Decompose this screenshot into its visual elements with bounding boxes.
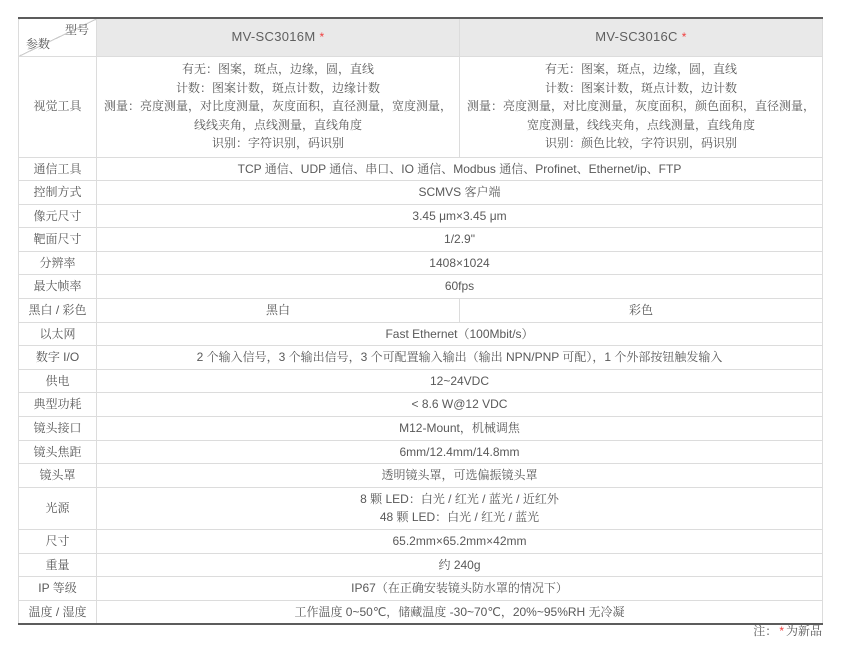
footnote: 注：*为新品 (18, 622, 822, 639)
row-value: 透明镜头罩，可选偏振镜头罩 (97, 464, 823, 488)
corner-cell: 型号 参数 (19, 18, 97, 56)
spec-row-power: 供电 12~24VDC (19, 369, 823, 393)
spec-page: 型号 参数 MV-SC3016M* MV-SC3016C* 视觉工具 有无：图案… (0, 0, 841, 654)
footnote-prefix: 注： (753, 624, 777, 638)
row-label: 分辨率 (19, 251, 97, 275)
row-value: 12~24VDC (97, 369, 823, 393)
row-label: 温度 / 湿度 (19, 600, 97, 624)
row-label: 最大帧率 (19, 275, 97, 299)
spec-row-focal: 镜头焦距 6mm/12.4mm/14.8mm (19, 440, 823, 464)
row-value: 1/2.9" (97, 228, 823, 252)
spec-row-weight: 重量 约 240g (19, 553, 823, 577)
row-value: TCP 通信、UDP 通信、串口、IO 通信、Modbus 通信、Profine… (97, 157, 823, 181)
spec-row-pixel: 像元尺寸 3.45 μm×3.45 μm (19, 204, 823, 228)
row-label: 像元尺寸 (19, 204, 97, 228)
new-product-marker: * (682, 30, 687, 44)
header-model-c: MV-SC3016C* (460, 18, 823, 56)
spec-row-sensor: 靶面尺寸 1/2.9" (19, 228, 823, 252)
corner-label-param: 参数 (26, 35, 50, 54)
new-product-marker: * (319, 30, 324, 44)
row-label: 通信工具 (19, 157, 97, 181)
spec-row-mount: 镜头接口 M12-Mount，机械调焦 (19, 417, 823, 441)
row-value: 1408×1024 (97, 251, 823, 275)
row-label: 镜头接口 (19, 417, 97, 441)
row-value: 工作温度 0~50℃，储藏温度 -30~70℃，20%~95%RH 无冷凝 (97, 600, 823, 624)
spec-row-comm: 通信工具 TCP 通信、UDP 通信、串口、IO 通信、Modbus 通信、Pr… (19, 157, 823, 181)
row-value: 3.45 μm×3.45 μm (97, 204, 823, 228)
row-value: 8 颗 LED：白光 / 红光 / 蓝光 / 近红外 48 颗 LED：白光 /… (97, 487, 823, 529)
spec-row-ethernet: 以太网 Fast Ethernet（100Mbit/s） (19, 322, 823, 346)
spec-row-temp: 温度 / 湿度 工作温度 0~50℃，储藏温度 -30~70℃，20%~95%R… (19, 600, 823, 624)
spec-table: 型号 参数 MV-SC3016M* MV-SC3016C* 视觉工具 有无：图案… (18, 17, 823, 625)
row-label: IP 等级 (19, 577, 97, 601)
spec-row-cover: 镜头罩 透明镜头罩，可选偏振镜头罩 (19, 464, 823, 488)
model-m-name: MV-SC3016M (232, 29, 316, 44)
row-value-c: 有无：图案，斑点，边缘，圆，直线 计数：图案计数，斑点计数，边计数 测量：亮度测… (460, 56, 823, 157)
spec-row-vision: 视觉工具 有无：图案，斑点，边缘，圆，直线 计数：图案计数，斑点计数，边缘计数 … (19, 56, 823, 157)
row-label: 典型功耗 (19, 393, 97, 417)
row-value: Fast Ethernet（100Mbit/s） (97, 322, 823, 346)
spec-row-light: 光源 8 颗 LED：白光 / 红光 / 蓝光 / 近红外 48 颗 LED：白… (19, 487, 823, 529)
row-label: 供电 (19, 369, 97, 393)
row-value: < 8.6 W@12 VDC (97, 393, 823, 417)
model-c-name: MV-SC3016C (595, 29, 677, 44)
corner-label-model: 型号 (65, 21, 89, 40)
spec-row-size: 尺寸 65.2mm×65.2mm×42mm (19, 530, 823, 554)
row-value: 65.2mm×65.2mm×42mm (97, 530, 823, 554)
row-value: SCMVS 客户端 (97, 181, 823, 205)
row-label: 尺寸 (19, 530, 97, 554)
row-value: M12-Mount，机械调焦 (97, 417, 823, 441)
row-label: 黑白 / 彩色 (19, 299, 97, 323)
row-value-m: 黑白 (97, 299, 460, 323)
header-model-m: MV-SC3016M* (97, 18, 460, 56)
row-value: 60fps (97, 275, 823, 299)
row-value-c: 彩色 (460, 299, 823, 323)
row-value: 2 个输入信号，3 个输出信号，3 个可配置输入输出（输出 NPN/PNP 可配… (97, 346, 823, 370)
row-value-m: 有无：图案，斑点，边缘，圆，直线 计数：图案计数，斑点计数，边缘计数 测量：亮度… (97, 56, 460, 157)
footnote-text: 为新品 (786, 624, 822, 638)
row-label: 镜头罩 (19, 464, 97, 488)
row-value: 约 240g (97, 553, 823, 577)
header-row: 型号 参数 MV-SC3016M* MV-SC3016C* (19, 18, 823, 56)
spec-row-ip: IP 等级 IP67（在正确安装镜头防水罩的情况下） (19, 577, 823, 601)
row-value: 6mm/12.4mm/14.8mm (97, 440, 823, 464)
spec-row-resolution: 分辨率 1408×1024 (19, 251, 823, 275)
row-label: 镜头焦距 (19, 440, 97, 464)
row-label: 靶面尺寸 (19, 228, 97, 252)
row-label: 控制方式 (19, 181, 97, 205)
row-label: 数字 I/O (19, 346, 97, 370)
row-value: IP67（在正确安装镜头防水罩的情况下） (97, 577, 823, 601)
row-label: 以太网 (19, 322, 97, 346)
spec-row-io: 数字 I/O 2 个输入信号，3 个输出信号，3 个可配置输入输出（输出 NPN… (19, 346, 823, 370)
spec-row-bw: 黑白 / 彩色 黑白 彩色 (19, 299, 823, 323)
spec-row-consumption: 典型功耗 < 8.6 W@12 VDC (19, 393, 823, 417)
row-label: 视觉工具 (19, 56, 97, 157)
spec-row-control: 控制方式 SCMVS 客户端 (19, 181, 823, 205)
row-label: 重量 (19, 553, 97, 577)
spec-row-framerate: 最大帧率 60fps (19, 275, 823, 299)
footnote-star: * (779, 624, 784, 638)
row-label: 光源 (19, 487, 97, 529)
